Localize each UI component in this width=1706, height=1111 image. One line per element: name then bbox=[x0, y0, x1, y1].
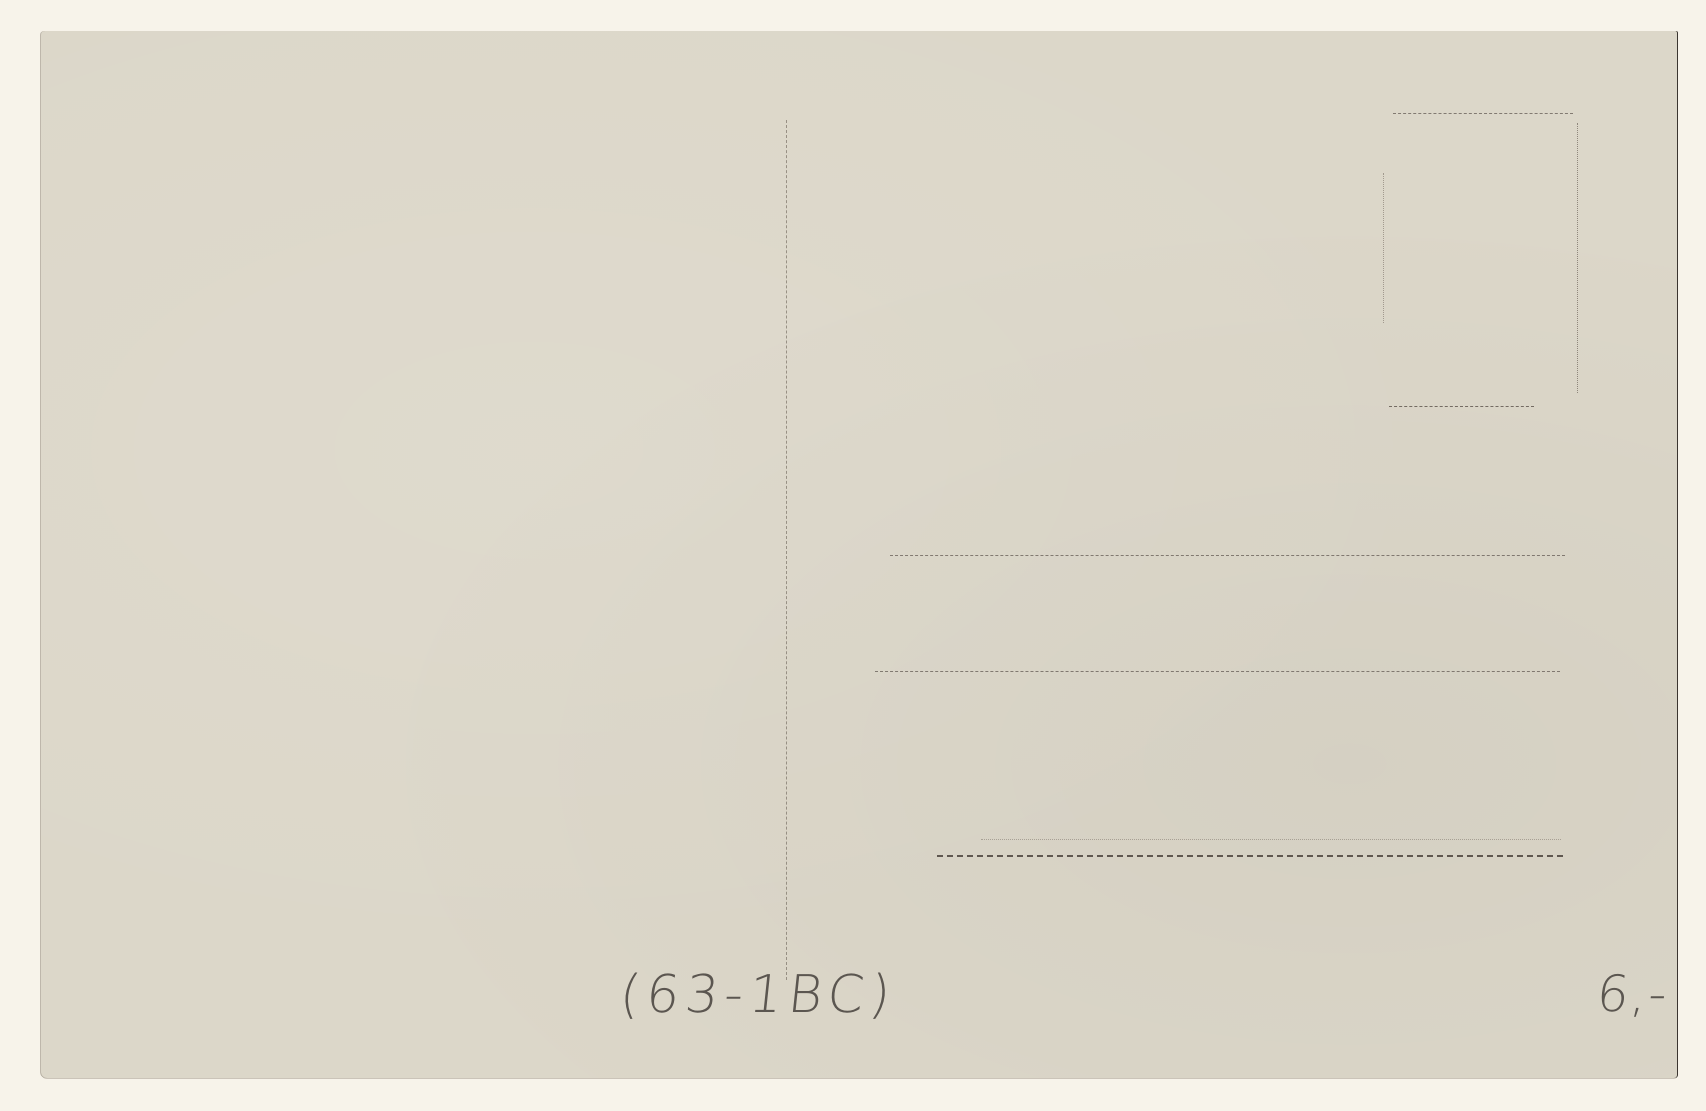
stamp-box-left-edge bbox=[1383, 173, 1384, 323]
address-line-3 bbox=[937, 855, 1563, 857]
handwritten-reference: (63-1BC) bbox=[617, 965, 899, 1025]
stamp-box-bottom-edge bbox=[1389, 406, 1534, 407]
center-divider-line bbox=[786, 120, 787, 980]
stamp-box bbox=[1345, 113, 1605, 407]
postcard-back bbox=[41, 31, 1677, 1078]
address-dotted-guide bbox=[981, 839, 1561, 840]
stamp-box-right-edge bbox=[1577, 123, 1578, 393]
stamp-box-top-edge bbox=[1393, 113, 1573, 114]
address-line-1 bbox=[890, 555, 1565, 556]
address-line-2 bbox=[875, 671, 1560, 672]
handwritten-price: 6,- bbox=[1594, 965, 1672, 1023]
